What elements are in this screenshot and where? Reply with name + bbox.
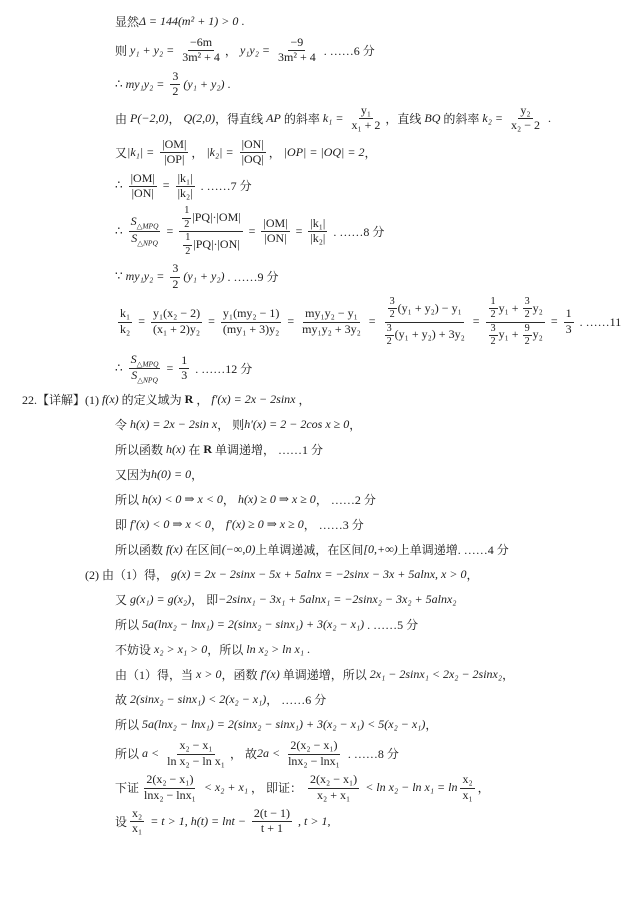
- text-segment: lnx₂ − lnx₁: [144, 789, 196, 802]
- math-segment: h(x) ≥ 0 ⇒ x ≥ 0: [238, 492, 316, 507]
- fraction-denominator: 2: [523, 309, 532, 320]
- text-segment: 设: [115, 813, 127, 830]
- subscript: △NPQ: [137, 239, 158, 248]
- fraction: S△MPQS△NPQ: [129, 215, 161, 247]
- fraction-numerator: k₁: [118, 307, 132, 322]
- text-segment: 下证: [115, 779, 139, 796]
- fraction: |k₁||k₂|: [308, 217, 327, 246]
- text-segment: ，: [466, 566, 478, 583]
- fraction-numerator: y₂: [518, 104, 532, 119]
- fraction: 12: [489, 296, 498, 321]
- formula-line: 又 g(x₁) = g(x₂)， 即−2sinx₁ − 3x₁ + 5alnx₁…: [0, 588, 622, 610]
- subscripted-symbol: S△NPQ: [131, 369, 158, 384]
- text-segment: x₂: [132, 807, 142, 820]
- math-segment: = t > 1, h(t) = lnt −: [147, 814, 249, 829]
- text-segment: 故: [115, 691, 130, 708]
- math-segment: −2sinx₁ − 3x₁ + 5alnx₁ = −2sinx₂ − 3x₂ +…: [218, 592, 456, 607]
- fraction: 13: [179, 354, 189, 383]
- text-segment: 单调递增，所以: [280, 666, 370, 683]
- text-segment: 在区间: [183, 541, 222, 558]
- text-segment: 2: [390, 309, 395, 320]
- text-segment: 2: [185, 246, 190, 257]
- text-segment: =: [163, 361, 176, 376]
- text-segment: my₁y₂ + 3y₂: [302, 323, 361, 336]
- text-segment: 又因为: [115, 466, 151, 483]
- text-segment: 2: [525, 309, 530, 320]
- text-segment: . ……7 分: [198, 177, 252, 194]
- fraction-denominator: 3m² + 4: [180, 51, 222, 64]
- text-segment: ln x₂ − ln x₁: [167, 755, 225, 768]
- math-segment: h(x) < 0 ⇒ x < 0: [142, 492, 223, 507]
- text-segment: 所以函数: [115, 541, 166, 558]
- text-segment: 2(x₂ − x₁): [290, 739, 337, 752]
- document-body: 显然Δ = 144(m² + 1) > 0 .则 y₁ + y₂ = −6m3m…: [0, 10, 622, 837]
- text-segment: 3: [172, 70, 178, 83]
- fraction: 12y₁ + 32y₂32y₁ + 92y₂: [486, 296, 545, 348]
- fraction: 12|PQ|·|OM|12|PQ|·|ON|: [179, 205, 242, 257]
- text-segment: ，: [168, 110, 183, 127]
- fraction-denominator: 2: [183, 246, 192, 257]
- formula-line: 故 2(sinx₂ − sinx₁) < 2(x₂ − x₁)， ……6 分: [0, 688, 622, 710]
- fraction: |ON||OQ|: [240, 138, 266, 167]
- fraction-numerator: |k₁|: [308, 217, 327, 232]
- fraction-numerator: 1: [564, 307, 574, 322]
- fraction-denominator: x₁: [130, 822, 144, 835]
- math-segment: x > 0: [196, 667, 221, 682]
- text-segment: . ……8 分: [330, 223, 384, 240]
- formula-line: 又因为h(0) = 0，: [0, 463, 622, 485]
- formula-line: 显然Δ = 144(m² + 1) > 0 .: [0, 10, 622, 32]
- fraction-numerator: 1: [489, 296, 498, 309]
- subscript: △MPQ: [137, 359, 159, 368]
- math-segment: f(x): [102, 392, 119, 407]
- text-segment: y₂: [520, 104, 530, 117]
- fraction: 2(x₂ − x₁)lnx₂ − lnx₁: [142, 773, 198, 802]
- fraction-denominator: 2: [489, 309, 498, 320]
- text-segment: |OM|: [131, 172, 155, 185]
- math-segment: < ln x₂ − ln x₁ = ln: [362, 780, 457, 795]
- fraction: y₂x₂ − 2: [509, 104, 542, 133]
- text-segment: ， 故: [230, 745, 257, 762]
- fraction-numerator: y₁: [359, 104, 373, 119]
- text-segment: . ……8 分: [345, 745, 399, 762]
- fraction: 12: [183, 232, 192, 257]
- fraction-denominator: my₁y₂ + 3y₂: [300, 323, 363, 336]
- text-segment: 所以函数: [115, 441, 166, 458]
- formula-line: 即 f′(x) < 0 ⇒ x < 0， f′(x) ≥ 0 ⇒ x ≥ 0， …: [0, 513, 622, 535]
- formula-line: 令 h(x) = 2x − 2sin x， 则h′(x) = 2 − 2cos …: [0, 413, 622, 435]
- text-segment: ，: [296, 391, 311, 408]
- text-segment: 即: [115, 516, 130, 533]
- formula-line: k₁k₂ = y₁(x₂ − 2)(x₁ + 2)y₂ = y₁(my₂ − 1…: [0, 295, 622, 349]
- math-segment: |OP| = |OQ| = 2: [284, 145, 365, 160]
- bold-segment: R: [185, 392, 194, 407]
- fraction-numerator: 3: [489, 323, 498, 336]
- fraction: −93m² + 4: [276, 36, 318, 65]
- math-segment: g(x) = 2x − 2sinx − 5x + 5alnx = −2sinx …: [171, 567, 466, 582]
- fraction: k₁k₂: [118, 307, 132, 336]
- text-segment: 1: [566, 307, 572, 320]
- math-segment: 2(sinx₂ − sinx₁) < 2(x₂ − x₁): [130, 692, 266, 707]
- fraction: S△MPQS△NPQ: [129, 353, 161, 385]
- subscripted-symbol: S△NPQ: [131, 232, 158, 247]
- fraction: |OM||ON|: [261, 217, 289, 246]
- text-segment: 3: [390, 296, 395, 307]
- fraction: my₁y₂ − y₁my₁y₂ + 3y₂: [300, 307, 363, 336]
- math-segment: (y₁ + y₂): [183, 269, 224, 284]
- math-segment: my₁y₂ =: [126, 269, 168, 284]
- text-segment: 单调递增， ……1 分: [212, 441, 323, 458]
- text-segment: 1: [185, 232, 190, 243]
- fraction-numerator: 2(x₂ − x₁): [288, 739, 339, 754]
- text-segment: ， 则: [217, 416, 244, 433]
- fraction: |OM||OP|: [160, 138, 188, 167]
- formula-line: 设x₂x₁ = t > 1, h(t) = lnt − 2(t − 1)t + …: [0, 806, 622, 837]
- text-segment: ， 即: [191, 591, 218, 608]
- text-segment: =: [470, 314, 483, 329]
- text-segment: ，: [269, 144, 284, 161]
- fraction: x₂x₁: [130, 807, 144, 836]
- fraction-numerator: my₁y₂ − y₁: [303, 307, 360, 322]
- math-segment: BQ: [424, 111, 440, 126]
- text-segment: 上单调递减，在区间: [255, 541, 363, 558]
- text-segment: 1: [491, 296, 496, 307]
- text-segment: 所以: [115, 491, 142, 508]
- fraction: 2(x₂ − x₁)x₂ + x₁: [308, 773, 359, 802]
- fraction-denominator: k₂: [118, 323, 132, 336]
- fraction: y₁(x₂ − 2)(x₁ + 2)y₂: [151, 307, 202, 336]
- fraction-numerator: −6m: [188, 36, 214, 51]
- formula-line: 由 P(−2,0)， Q(2,0)，得直线 AP 的斜率 k₁ = y₁x₁ +…: [0, 103, 622, 134]
- fraction: 13: [564, 307, 574, 336]
- fraction: 32: [385, 323, 394, 348]
- formula-line: ∵ my₁y₂ = 32(y₁ + y₂) . ……9 分: [0, 261, 622, 292]
- text-segment: y₁: [361, 104, 371, 117]
- fraction-numerator: y₁(my₂ − 1): [221, 307, 281, 322]
- math-segment: x₂ > x₁ > 0: [154, 642, 207, 657]
- text-segment: ，: [225, 42, 240, 59]
- math-segment: h(0) = 0: [151, 467, 191, 482]
- text-segment: =: [163, 224, 176, 239]
- text-segment: (my₁ + 3)y₂: [223, 323, 279, 336]
- text-segment: |PQ|·|OM|: [192, 211, 240, 224]
- fraction-numerator: 3: [170, 262, 180, 277]
- text-segment: ，: [193, 391, 211, 408]
- math-segment: f′(x): [260, 667, 279, 682]
- text-segment: k₁: [120, 307, 130, 320]
- text-segment: .: [304, 642, 310, 657]
- fraction: 2(t − 1)t + 1: [252, 807, 292, 836]
- formula-line: 则 y₁ + y₂ = −6m3m² + 4， y₁y₂ = −93m² + 4…: [0, 35, 622, 66]
- math-segment: Δ = 144(m² + 1) > 0: [139, 14, 238, 29]
- formula-line: 所以 5a(lnx₂ − lnx₁) = 2(sinx₂ − sinx₁) + …: [0, 713, 622, 735]
- math-segment: g(x₁) = g(x₂): [130, 592, 191, 607]
- text-segment: ∴: [115, 77, 126, 92]
- text-segment: (x₁ + 2)y₂: [153, 323, 200, 336]
- formula-line: 所以 h(x) < 0 ⇒ x < 0， h(x) ≥ 0 ⇒ x ≥ 0， ……: [0, 488, 622, 510]
- fraction-denominator: |k₂|: [308, 232, 327, 245]
- text-segment: x₁: [462, 789, 472, 802]
- fraction-denominator: 3: [179, 369, 189, 382]
- math-segment: 2a <: [257, 746, 283, 761]
- text-segment: 1: [181, 354, 187, 367]
- fraction-denominator: x₁: [460, 789, 474, 802]
- fraction: 32: [388, 296, 397, 321]
- fraction-numerator: 3: [523, 296, 532, 309]
- text-segment: =: [205, 314, 218, 329]
- text-segment: 22.【详解】(1): [22, 391, 102, 408]
- fraction-numerator: S△MPQ: [129, 215, 161, 232]
- text-segment: x₁ + 2: [351, 119, 380, 132]
- text-segment: ∴: [115, 361, 126, 376]
- fraction-numerator: |ON|: [240, 138, 266, 153]
- math-segment: 5a(lnx₂ − lnx₁) = 2(sinx₂ − sinx₁) + 3(x…: [142, 717, 425, 732]
- fraction-numerator: 2(x₂ − x₁): [308, 773, 359, 788]
- text-segment: k₂: [120, 323, 130, 336]
- text-segment: y₁ +: [499, 302, 522, 315]
- text-segment: |k₁|: [178, 172, 193, 185]
- fraction-numerator: x₂: [460, 773, 474, 788]
- fraction-denominator: |ON|: [262, 232, 288, 245]
- fraction-numerator: 3: [388, 296, 397, 309]
- text-segment: 的定义域为: [119, 391, 185, 408]
- text-segment: ，: [211, 516, 226, 533]
- fraction-numerator: |OM|: [261, 217, 289, 232]
- text-segment: 所以: [115, 616, 142, 633]
- fraction-denominator: |OQ|: [240, 153, 266, 166]
- math-segment: < x₂ + x₁: [201, 780, 248, 795]
- text-segment: ， ……6 分: [266, 691, 326, 708]
- fraction-numerator: |k₁|: [176, 172, 195, 187]
- text-segment: −9: [290, 36, 303, 49]
- text-segment: ，: [425, 716, 437, 733]
- text-segment: 的斜率: [440, 110, 482, 127]
- fraction-denominator: t + 1: [259, 822, 285, 835]
- text-segment: |ON|: [242, 138, 264, 151]
- fraction-denominator: 3: [564, 323, 574, 336]
- text-segment: =: [135, 314, 148, 329]
- fraction-numerator: −9: [288, 36, 305, 51]
- fraction-numerator: 12|PQ|·|OM|: [179, 205, 242, 232]
- math-segment: y₁y₂ =: [240, 43, 273, 58]
- text-segment: |k₂|: [178, 187, 193, 200]
- fraction-denominator: x₂ + x₁: [315, 789, 352, 802]
- text-segment: x₂ + x₁: [317, 789, 350, 802]
- text-segment: =: [548, 314, 561, 329]
- fraction-denominator: 2: [385, 336, 394, 347]
- math-segment: k₂ =: [482, 111, 506, 126]
- fraction-denominator: (x₁ + 2)y₂: [151, 323, 202, 336]
- text-segment: ∴: [115, 224, 126, 239]
- text-segment: 令: [115, 416, 130, 433]
- fraction: |OM||ON|: [129, 172, 157, 201]
- text-segment: ∵: [115, 269, 126, 284]
- fraction: 92: [523, 323, 532, 348]
- fraction-numerator: 2(x₂ − x₁): [144, 773, 195, 788]
- math-segment: f′(x) = 2x − 2sinx: [211, 392, 295, 407]
- math-segment: my₁y₂ =: [126, 77, 168, 92]
- text-segment: =: [293, 224, 306, 239]
- fraction: 12: [182, 205, 191, 230]
- math-segment: h(x) = 2x − 2sin x: [130, 417, 217, 432]
- text-segment: . ……12 分: [192, 360, 252, 377]
- text-segment: y₁(my₂ − 1): [223, 307, 279, 320]
- fraction: y₁(my₂ − 1)(my₁ + 3)y₂: [221, 307, 281, 336]
- fraction: 32: [523, 296, 532, 321]
- text-segment: 由: [115, 110, 130, 127]
- fraction-numerator: 3: [170, 70, 180, 85]
- fraction-numerator: 32(y₁ + y₂) − y₁: [385, 296, 464, 323]
- fraction-numerator: 2(t − 1): [252, 807, 292, 822]
- text-segment: 9: [525, 323, 530, 334]
- text-segment: ，: [349, 416, 361, 433]
- text-segment: x₂: [462, 773, 472, 786]
- fraction: 32: [489, 323, 498, 348]
- text-segment: ，得直线: [215, 110, 266, 127]
- text-segment: ，: [364, 144, 376, 161]
- text-segment: (y₁ + y₂) − y₁: [398, 302, 462, 315]
- math-segment: ln x₂ > ln x₁: [246, 642, 304, 657]
- fraction-denominator: 2: [170, 278, 180, 291]
- math-segment: 5a(lnx₂ − lnx₁) = 2(sinx₂ − sinx₁) + 3(x…: [142, 617, 364, 632]
- text-segment: 所以: [115, 716, 142, 733]
- text-segment: 3: [566, 323, 572, 336]
- text-segment: 2(t − 1): [254, 807, 290, 820]
- formula-line: 又|k₁| = |OM||OP|， |k₂| = |ON||OQ|， |OP| …: [0, 137, 622, 168]
- math-segment: h′(x) = 2 − 2cos x ≥ 0: [244, 417, 349, 432]
- math-segment: f′(x) ≥ 0 ⇒ x ≥ 0: [226, 517, 304, 532]
- formula-line: 不妨设 x₂ > x₁ > 0，所以 ln x₂ > ln x₁ .: [0, 638, 622, 660]
- formula-line: ∴ my₁y₂ = 32(y₁ + y₂) .: [0, 69, 622, 100]
- subscript: △NPQ: [137, 376, 158, 385]
- fraction-denominator: lnx₂ − lnx₁: [286, 755, 342, 768]
- text-segment: 2: [525, 336, 530, 347]
- fraction-denominator: |k₂|: [176, 187, 195, 200]
- fraction-denominator: 32y₁ + 92y₂: [486, 323, 545, 348]
- fraction: y₁x₁ + 2: [349, 104, 382, 133]
- fraction-denominator: S△NPQ: [129, 232, 160, 247]
- fraction-denominator: ln x₂ − ln x₁: [165, 755, 227, 768]
- fraction: 32: [170, 262, 180, 291]
- text-segment: 2(x₂ − x₁): [146, 773, 193, 786]
- text-segment: 上单调递增. ……4 分: [398, 541, 509, 558]
- math-segment: |k₂| =: [206, 145, 236, 160]
- formula-line: 由（1）得，当 x > 0，函数 f′(x) 单调递增，所以 2x₁ − 2si…: [0, 663, 622, 685]
- subscripted-symbol: S△MPQ: [131, 353, 159, 368]
- math-segment: k₁ =: [323, 111, 347, 126]
- fraction-numerator: 9: [523, 323, 532, 336]
- fraction-numerator: |OM|: [160, 138, 188, 153]
- text-segment: ，所以: [207, 641, 246, 658]
- text-segment: 又: [115, 591, 130, 608]
- text-segment: (y₁ + y₂) + 3y₂: [395, 328, 465, 341]
- text-segment: 3: [525, 296, 530, 307]
- math-segment: (y₁ + y₂): [183, 77, 224, 92]
- text-segment: |OM|: [162, 138, 186, 151]
- text-segment: 则: [115, 42, 130, 59]
- fraction: 32: [170, 70, 180, 99]
- bold-segment: R: [203, 442, 212, 457]
- text-segment: 2: [172, 85, 178, 98]
- fraction-denominator: 2: [523, 336, 532, 347]
- fraction-numerator: 1: [183, 232, 192, 245]
- formula-line: 所以 5a(lnx₂ − lnx₁) = 2(sinx₂ − sinx₁) + …: [0, 613, 622, 635]
- fraction: |k₁||k₂|: [176, 172, 195, 201]
- text-segment: |k₂|: [310, 232, 325, 245]
- text-segment: 不妨设: [115, 641, 154, 658]
- fraction-denominator: 2: [182, 219, 191, 230]
- fraction-numerator: 1: [182, 205, 191, 218]
- formula-line: 所以函数 h(x) 在 R 单调递增， ……1 分: [0, 438, 622, 460]
- text-segment: ， ……3 分: [304, 516, 364, 533]
- math-segment: 2x₁ − 2sinx₁ < 2x₂ − 2sinx₂: [370, 667, 502, 682]
- text-segment: t + 1: [261, 822, 283, 835]
- text-segment: ，: [502, 666, 514, 683]
- text-segment: (2) 由（1）得，: [85, 566, 171, 583]
- text-segment: |OP|: [164, 153, 184, 166]
- text-segment: 3: [181, 369, 187, 382]
- fraction-denominator: 2: [489, 336, 498, 347]
- text-segment: .: [238, 14, 244, 29]
- text-segment: 3m² + 4: [182, 51, 220, 64]
- text-segment: . ……5 分: [364, 616, 418, 633]
- math-segment: f′(x) < 0 ⇒ x < 0: [130, 517, 211, 532]
- fraction-numerator: x₂: [130, 807, 144, 822]
- fraction-denominator: 12|PQ|·|ON|: [180, 232, 241, 257]
- text-segment: |OQ|: [242, 153, 264, 166]
- text-segment: ，: [478, 779, 490, 796]
- text-segment: y₂: [533, 328, 543, 341]
- text-segment: 又: [115, 144, 127, 161]
- fraction-denominator: (my₁ + 3)y₂: [221, 323, 281, 336]
- fraction-numerator: 1: [179, 354, 189, 369]
- text-segment: 由（1）得，当: [115, 666, 196, 683]
- text-segment: y₂: [533, 302, 543, 315]
- formula-line: 所以函数 f(x) 在区间(−∞,0)上单调递减，在区间[0,+∞)上单调递增.…: [0, 538, 622, 560]
- formula-line: ∴ S△MPQS△NPQ = 12|PQ|·|OM|12|PQ|·|ON| = …: [0, 204, 622, 258]
- formula-line: ∴ S△MPQS△NPQ = 13 . ……12 分: [0, 352, 622, 386]
- text-segment: ，: [223, 491, 238, 508]
- fraction: x₂x₁: [460, 773, 474, 802]
- formula-line: (2) 由（1）得， g(x) = 2x − 2sinx − 5x + 5aln…: [0, 563, 622, 585]
- text-segment: 的斜率: [281, 110, 323, 127]
- text-segment: ， 即证：: [248, 779, 305, 796]
- subscripted-symbol: S△MPQ: [131, 215, 159, 230]
- document-page: 显然Δ = 144(m² + 1) > 0 .则 y₁ + y₂ = −6m3m…: [0, 0, 622, 837]
- fraction-numerator: 3: [385, 323, 394, 336]
- fraction: −6m3m² + 4: [180, 36, 222, 65]
- fraction: 2(x₂ − x₁)lnx₂ − lnx₁: [286, 739, 342, 768]
- text-segment: y₁(x₂ − 2): [153, 307, 200, 320]
- text-segment: ，函数: [221, 666, 260, 683]
- fraction-numerator: |OM|: [129, 172, 157, 187]
- math-segment: h(x): [166, 442, 185, 457]
- fraction-numerator: y₁(x₂ − 2): [151, 307, 202, 322]
- math-segment: [0,+∞): [363, 542, 397, 557]
- fraction-numerator: x₂ − x₁: [177, 739, 214, 754]
- text-segment: 3: [491, 323, 496, 334]
- text-segment: ，: [191, 144, 206, 161]
- fraction-denominator: |OP|: [162, 153, 186, 166]
- text-segment: 3: [172, 262, 178, 275]
- formula-line: 下证2(x₂ − x₁)lnx₂ − lnx₁ < x₂ + x₁ ， 即证： …: [0, 772, 622, 803]
- text-segment: |k₁|: [310, 217, 325, 230]
- text-segment: 2: [491, 309, 496, 320]
- text-segment: ∴: [115, 178, 126, 193]
- text-segment: |OM|: [263, 217, 287, 230]
- text-segment: 2: [172, 278, 178, 291]
- fraction-denominator: 32(y₁ + y₂) + 3y₂: [382, 323, 467, 348]
